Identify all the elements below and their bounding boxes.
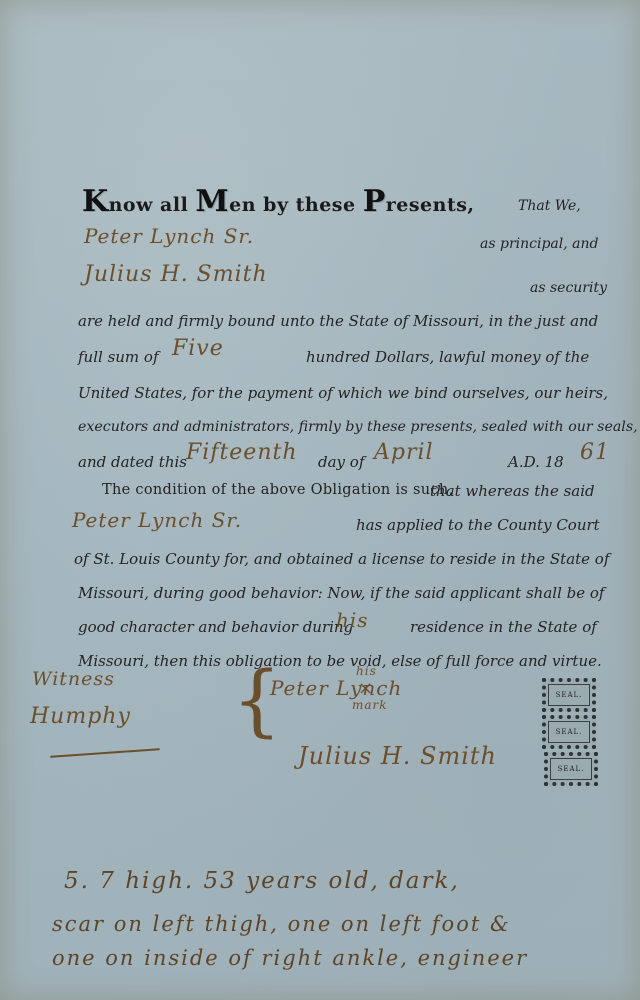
- heading-initial-k: K: [82, 184, 109, 219]
- date-mid: day of: [318, 453, 364, 471]
- principal-label: as principal, and: [480, 236, 598, 252]
- seal-2: SEAL.: [542, 715, 596, 749]
- principal-name: Peter Lynch Sr.: [84, 224, 254, 248]
- condition-line-4-tail: residence in the State of: [410, 618, 597, 636]
- mark-label: mark: [352, 698, 388, 712]
- bond-heading: Know all Men by these Presents,: [82, 184, 475, 219]
- mark-x: ×: [358, 678, 374, 699]
- heading-initial-p: P: [363, 184, 386, 219]
- witness-label: Witness: [32, 668, 115, 690]
- heading-tail: That We,: [518, 198, 581, 214]
- document-page: Know all Men by these Presents, That We,…: [0, 0, 640, 1000]
- condition-line-1-tail: has applied to the County Court: [356, 516, 600, 534]
- sum-prefix: full sum of: [78, 348, 159, 366]
- security-label: as security: [530, 280, 607, 296]
- date-month: April: [374, 440, 434, 465]
- condition-line-3: Missouri, during good behavior: Now, if …: [78, 584, 604, 602]
- date-day: Fifteenth: [186, 440, 298, 465]
- condition-opening-tail: that whereas the said: [430, 482, 595, 500]
- condition-line-4-prefix: good character and behavior during: [78, 618, 353, 636]
- sum-amount: Five: [172, 336, 224, 361]
- date-era: A.D. 18: [508, 453, 564, 471]
- body-line-3: United States, for the payment of which …: [78, 384, 608, 402]
- pronoun: his: [336, 608, 369, 632]
- condition-opening: The condition of the above Obligation is…: [102, 482, 453, 498]
- witness-name: Humphy: [30, 704, 131, 729]
- description-line-3: one on inside of right ankle, engineer: [52, 946, 528, 970]
- witness-flourish: [50, 748, 160, 758]
- condition-line-5: Missouri, then this obligation to be voi…: [78, 652, 602, 670]
- seal-3: SEAL.: [544, 752, 598, 786]
- signature-brace: {: [232, 662, 282, 740]
- applicant-name: Peter Lynch Sr.: [72, 508, 242, 532]
- signature-peter-lynch: Peter Lynch: [270, 676, 402, 700]
- seal-1: SEAL.: [542, 678, 596, 712]
- body-line-1: are held and firmly bound unto the State…: [78, 312, 598, 330]
- signature-julius-smith: Julius H. Smith: [298, 742, 497, 770]
- description-line-1: 5. 7 high. 53 years old, dark,: [64, 868, 460, 894]
- date-prefix: and dated this: [78, 453, 187, 471]
- body-line-2: hundred Dollars, lawful money of the: [306, 348, 589, 366]
- condition-line-2: of St. Louis County for, and obtained a …: [74, 550, 609, 568]
- date-year-suffix: 61: [580, 440, 610, 465]
- description-line-2: scar on left thigh, one on left foot &: [52, 912, 511, 936]
- mark-his: his: [356, 664, 377, 678]
- security-name: Julius H. Smith: [84, 262, 268, 287]
- heading-initial-m: M: [195, 184, 229, 219]
- body-line-4: executors and administrators, firmly by …: [78, 419, 638, 435]
